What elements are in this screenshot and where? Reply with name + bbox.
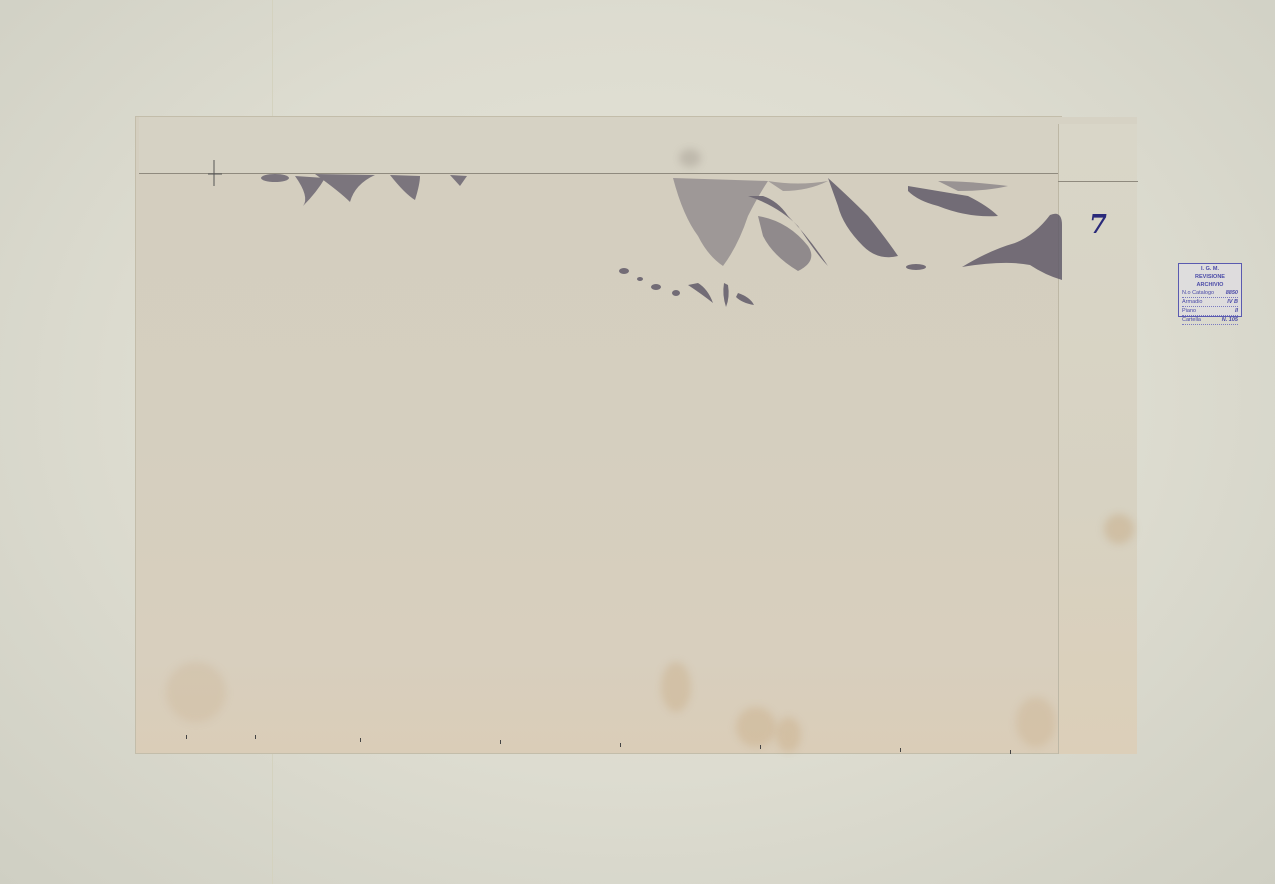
edge-tick — [500, 740, 501, 744]
edge-tick — [1010, 750, 1011, 754]
top-margin-strip — [139, 117, 1137, 174]
relief-hachures-northeast — [960, 205, 1065, 285]
edge-tick — [760, 745, 761, 749]
edge-tick — [186, 735, 187, 739]
stamp-line1: I. G. M. — [1182, 265, 1238, 273]
relief-hachures-islands — [618, 265, 758, 313]
edge-tick — [255, 735, 256, 739]
registration-mark-icon — [208, 160, 222, 186]
edge-tick — [360, 738, 361, 742]
stamp-line2: REVISIONE ARCHIVIO — [1182, 273, 1238, 289]
stamp-row-cartella: Cartella N. 105 — [1182, 316, 1238, 325]
stamp-row-armadio: Armadio IV B — [1182, 298, 1238, 307]
edge-tick — [620, 743, 621, 747]
relief-hachures-west — [255, 172, 475, 212]
edge-tick — [900, 748, 901, 752]
neatline-extension — [1058, 181, 1138, 182]
stamp-row-catalogo: N.o Catalogo 8850 — [1182, 289, 1238, 298]
stamp-row-piano: Piano II — [1182, 307, 1238, 316]
archive-stamp: I. G. M. REVISIONE ARCHIVIO N.o Catalogo… — [1178, 263, 1242, 317]
relief-islet — [904, 262, 928, 272]
